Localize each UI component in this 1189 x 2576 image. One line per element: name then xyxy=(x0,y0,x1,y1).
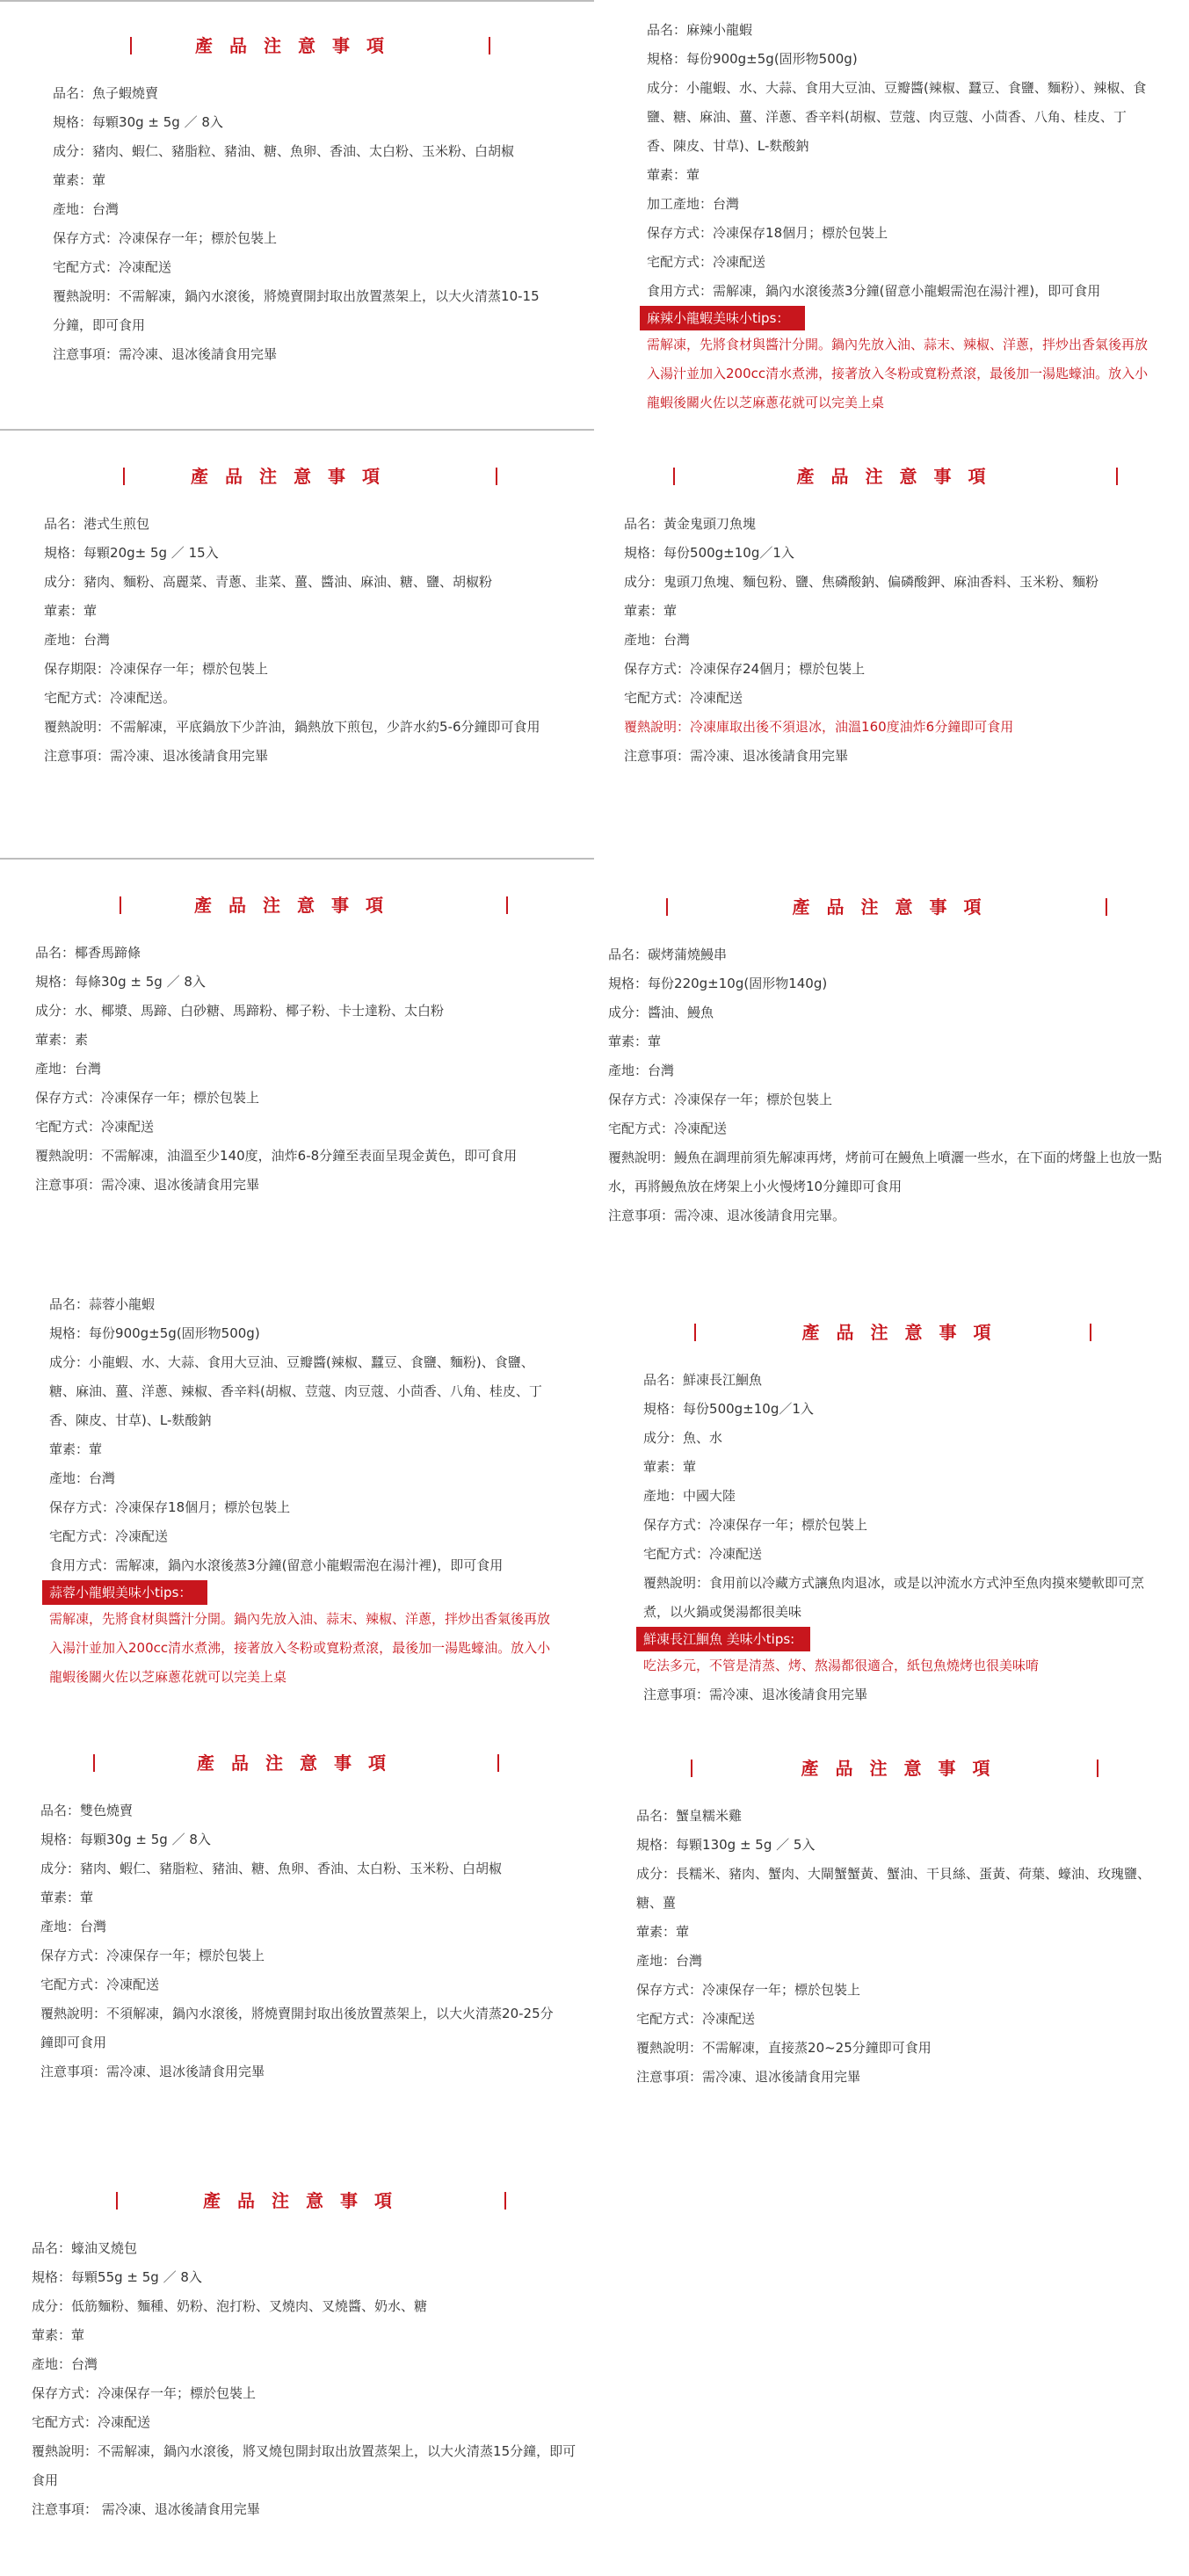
spec-value: 碳烤蒲燒鰻串 xyxy=(648,947,727,962)
spec-label: 覆熱說明 xyxy=(624,719,677,735)
spec-value: 台灣 xyxy=(663,632,690,648)
product-card-shumai-roe: 產品注意事項 品名：魚子蝦燒賣規格：每顆30g ± 5g ／ 8入成分：豬肉、蝦… xyxy=(0,0,594,422)
spec-value: 冷凍配送 xyxy=(115,1528,168,1544)
spec-value: 每份500g±10g／1入 xyxy=(683,1401,814,1417)
section-header: 產品注意事項 xyxy=(624,464,1175,490)
spec-value: 葷 xyxy=(89,1441,102,1457)
spec-row: 品名：碳烤蒲燒鰻串 xyxy=(608,940,1182,969)
spec-value: 需冷凍、退冰後請食用完畢 xyxy=(106,2064,265,2079)
spec-separator: ： xyxy=(93,1977,106,1992)
spec-separator: ： xyxy=(84,2443,98,2459)
spec-value: 鰻魚在調理前須先解凍再烤，烤前可在鰻魚上噴灑一些水，在下面的烤盤上也放一點水，再… xyxy=(608,1150,1162,1194)
spec-row: 規格：每份500g±10g／1入 xyxy=(624,539,1175,568)
spec-label: 注意事項 xyxy=(32,2501,84,2517)
header-title: 產品注意事項 xyxy=(53,33,543,58)
spec-row: 宅配方式：冷凍配送 xyxy=(40,1970,559,1999)
spec-separator: ： xyxy=(97,748,110,764)
spec-row: 覆熱說明：不需解凍，直接蒸20~25分鐘即可食用 xyxy=(636,2034,1171,2063)
spec-separator: ： xyxy=(97,661,110,677)
spec-label: 成分 xyxy=(53,143,79,159)
spec-row: 成分：鬼頭刀魚塊、麵包粉、鹽、焦磷酸鈉、偏磷酸鉀、麻油香料、玉米粉、麵粉 xyxy=(624,568,1175,597)
spec-row: 注意事項：需冷凍、退冰後請食用完畢 xyxy=(643,1680,1166,1709)
spec-label: 規格 xyxy=(624,545,650,561)
spec-row: 葷素：葷 xyxy=(647,161,1152,190)
spec-value: 台灣 xyxy=(83,632,110,648)
spec-row: 覆熱說明：不需解凍，油溫至少140度，油炸6-8分鐘至表面呈現金黃色，即可食用 xyxy=(35,1142,559,1171)
spec-separator: ： xyxy=(62,1032,75,1048)
spec-label: 產地 xyxy=(636,1953,663,1969)
spec-label: 注意事項 xyxy=(53,346,105,362)
spec-separator: ： xyxy=(88,1177,101,1193)
spec-separator: ： xyxy=(634,1034,648,1049)
spec-separator: ： xyxy=(689,2011,702,2027)
spec-separator: ： xyxy=(673,167,686,183)
spec-label: 品名 xyxy=(643,1372,670,1388)
spec-row: 宅配方式：冷凍配送 xyxy=(608,1114,1182,1143)
spec-value: 冷凍配送 xyxy=(709,1546,762,1562)
spec-row: 覆熱說明：不需解凍，平底鍋放下少許油，鍋熱放下煎包，少許水約5-6分鐘即可食用 xyxy=(44,713,543,742)
spec-separator: ： xyxy=(700,283,713,299)
spec-label: 覆熱說明 xyxy=(40,2006,93,2021)
spec-separator: ： xyxy=(67,1832,80,1847)
spec-row: 葷素：葷 xyxy=(643,1453,1166,1482)
spec-separator: ： xyxy=(70,574,83,590)
spec-value: 蒜蓉小龍蝦 xyxy=(89,1296,155,1312)
spec-separator: ： xyxy=(67,1890,80,1905)
spec-list: 品名：麻辣小龍蝦規格：每份900g±5g(固形物500g)成分：小龍蝦、水、大蒜… xyxy=(647,16,1152,417)
section-header: 產品注意事項 xyxy=(608,895,1182,921)
spec-label: 葷素 xyxy=(643,1459,670,1475)
spec-label: 成分 xyxy=(40,1861,67,1876)
spec-label: 保存方式 xyxy=(608,1092,661,1107)
spec-label: 產地 xyxy=(53,201,79,217)
spec-label: 覆熱說明 xyxy=(608,1150,661,1165)
section-header: 產品注意事項 xyxy=(643,1320,1166,1346)
spec-label: 規格 xyxy=(32,2269,58,2285)
spec-separator: ： xyxy=(634,947,648,962)
spec-separator: ： xyxy=(76,1441,89,1457)
spec-value: 冷凍保存18個月；標於包裝上 xyxy=(713,225,888,241)
spec-separator: ： xyxy=(67,1861,80,1876)
spec-row: 葷素：素 xyxy=(35,1026,559,1055)
spec-separator: ： xyxy=(102,1557,115,1573)
spec-separator: ： xyxy=(700,225,713,241)
spec-value: 鮮凍長江鮰魚 xyxy=(683,1372,762,1388)
spec-row: 成分：醬油、鰻魚 xyxy=(608,998,1182,1027)
spec-separator: ： xyxy=(663,1953,676,1969)
spec-label: 產地 xyxy=(49,1470,76,1486)
spec-separator: ： xyxy=(689,2040,702,2056)
spec-value: 需冷凍、退冰後請食用完畢 xyxy=(101,1177,259,1193)
spec-separator: ： xyxy=(677,719,690,735)
spec-label: 注意事項 xyxy=(636,2069,689,2085)
spec-value: 需冷凍、退冰後請食用完畢 xyxy=(119,346,277,362)
spec-value: 雙色燒賣 xyxy=(80,1803,133,1818)
spec-list: 品名：黃金鬼頭刀魚塊規格：每份500g±10g／1入成分：鬼頭刀魚塊、麵包粉、鹽… xyxy=(624,510,1175,771)
spec-value: 每條30g ± 5g ／ 8入 xyxy=(75,974,206,990)
spec-label: 宅配方式 xyxy=(608,1121,661,1136)
spec-separator: ： xyxy=(97,719,110,735)
spec-separator: ： xyxy=(650,545,663,561)
spec-separator: ： xyxy=(105,346,119,362)
spec-label: 品名 xyxy=(35,945,62,961)
section-header: 產品注意事項 xyxy=(35,893,559,919)
spec-label: 成分 xyxy=(643,1430,670,1446)
spec-row: 覆熱說明：食用前以冷藏方式讓魚肉退冰，或是以沖流水方式沖至魚肉摸來變軟即可烹煮，… xyxy=(643,1569,1166,1627)
spec-row: 品名：蟹皇糯米雞 xyxy=(636,1802,1171,1831)
spec-label: 覆熱說明 xyxy=(636,2040,689,2056)
spec-value: 不需解凍，鍋內水滾後，將叉燒包開封取出放置蒸架上，以大火清蒸15分鐘，即可食用 xyxy=(32,2443,576,2488)
spec-row: 品名：魚子蝦燒賣 xyxy=(53,79,543,108)
spec-value: 長糯米、豬肉、蟹肉、大閘蟹蟹黃、蟹油、干貝絲、蛋黃、荷葉、蠔油、玫瑰鹽、糖、薑 xyxy=(636,1866,1150,1911)
spec-separator: ： xyxy=(689,2069,702,2085)
spec-separator: ： xyxy=(670,1430,683,1446)
spec-row: 保存方式：冷凍保存18個月；標於包裝上 xyxy=(49,1493,557,1522)
spec-separator: ： xyxy=(97,690,110,706)
spec-row: 注意事項：需冷凍、退冰後請食用完畢 xyxy=(44,742,543,771)
spec-row: 產地：台灣 xyxy=(636,1947,1171,1976)
spec-separator: ： xyxy=(79,85,92,101)
spec-value: 冷凍配送。 xyxy=(110,690,176,706)
spec-value: 每份900g±5g(固形物500g) xyxy=(89,1325,260,1341)
spec-row: 規格：每份900g±5g(固形物500g) xyxy=(647,45,1152,74)
spec-value: 每份500g±10g／1入 xyxy=(663,545,794,561)
spec-row: 注意事項： 需冷凍、退冰後請食用完畢 xyxy=(32,2495,580,2524)
spec-label: 品名 xyxy=(647,22,673,38)
spec-label: 產地 xyxy=(40,1919,67,1934)
spec-separator: ： xyxy=(634,1005,648,1020)
spec-label: 注意事項 xyxy=(643,1687,696,1702)
spec-label: 保存方式 xyxy=(49,1499,102,1515)
spec-separator: ： xyxy=(79,114,92,130)
spec-label: 產地 xyxy=(44,632,70,648)
spec-label: 品名 xyxy=(40,1803,67,1818)
spec-row: 規格：每顆30g ± 5g ／ 8入 xyxy=(40,1825,559,1854)
tips-body: 吃法多元，不管是清蒸、烤、熬湯都很適合，紙包魚燒烤也很美味唷 xyxy=(643,1651,1166,1680)
header-bar-right xyxy=(496,468,497,485)
spec-separator: ： xyxy=(62,1061,75,1077)
product-card-coconut-water-chestnut: 產品注意事項 品名：椰香馬蹄條規格：每條30g ± 5g ／ 8入成分：水、椰漿… xyxy=(0,858,594,1246)
spec-separator: ： xyxy=(58,2327,71,2343)
spec-value: 豬肉、麵粉、高麗菜、青蔥、韭菜、薑、醬油、麻油、糖、鹽、胡椒粉 xyxy=(83,574,492,590)
spec-label: 規格 xyxy=(53,114,79,130)
spec-value: 冷凍配送 xyxy=(101,1119,154,1135)
spec-separator: ： xyxy=(634,976,648,991)
spec-label: 保存方式 xyxy=(40,1948,93,1963)
spec-value: 台灣 xyxy=(89,1470,115,1486)
spec-value: 不需解凍，鍋內水滾後，將燒賣開封取出放置蒸架上，以大火清蒸10-15分鐘，即可食… xyxy=(53,288,540,333)
header-bar-right xyxy=(504,2192,506,2210)
header-title: 產品注意事項 xyxy=(624,464,1175,489)
spec-label: 規格 xyxy=(643,1401,670,1417)
spec-label: 宅配方式 xyxy=(624,690,677,706)
spec-separator: ： xyxy=(88,1148,101,1164)
spec-value: 需冷凍、退冰後請食用完畢。 xyxy=(674,1208,845,1223)
spec-label: 規格 xyxy=(636,1837,663,1853)
spec-value: 冷凍保存一年；標於包裝上 xyxy=(674,1092,832,1107)
spec-row: 宅配方式：冷凍配送 xyxy=(636,2005,1171,2034)
spec-separator: ： xyxy=(700,254,713,270)
spec-separator: ： xyxy=(79,201,92,217)
tips-banner: 鮮凍長江鮰魚 美味小tips: xyxy=(636,1627,810,1651)
spec-label: 保存方式 xyxy=(624,661,677,677)
spec-separator: ： xyxy=(93,2006,106,2021)
spec-row: 覆熱說明：不需解凍，鍋內水滾後，將叉燒包開封取出放置蒸架上，以大火清蒸15分鐘，… xyxy=(32,2437,580,2495)
product-card-grilled-eel: 產品注意事項 品名：碳烤蒲燒鰻串規格：每份220g±10g(固形物140g)成分… xyxy=(594,870,1189,1257)
spec-separator: ： xyxy=(696,1546,709,1562)
spec-label: 保存方式 xyxy=(636,1982,689,1998)
spec-row: 食用方式：需解凍，鍋內水滾後蒸3分鐘(留意小龍蝦需泡在湯汁裡)，即可食用 xyxy=(49,1551,557,1580)
spec-label: 覆熱說明 xyxy=(44,719,97,735)
tips-banner: 蒜蓉小龍蝦美味小tips： xyxy=(42,1580,207,1605)
spec-separator: ： xyxy=(70,545,83,561)
spec-separator: ： xyxy=(663,1866,676,1882)
header-title: 產品注意事項 xyxy=(636,1756,1171,1781)
spec-row: 注意事項：需冷凍、退冰後請食用完畢 xyxy=(636,2063,1171,2092)
spec-separator: ： xyxy=(88,1119,101,1135)
spec-row: 成分：低筋麵粉、麵種、奶粉、泡打粉、叉燒肉、叉燒醬、奶水、糖 xyxy=(32,2292,580,2321)
spec-label: 品名 xyxy=(608,947,634,962)
spec-label: 宅配方式 xyxy=(647,254,700,270)
spec-row: 保存方式：冷凍保存一年；標於包裝上 xyxy=(40,1941,559,1970)
spec-value: 葷 xyxy=(83,603,97,619)
spec-label: 葷素 xyxy=(32,2327,58,2343)
spec-row: 產地：台灣 xyxy=(53,195,543,224)
spec-row: 規格：每顆130g ± 5g ／ 5入 xyxy=(636,1831,1171,1860)
spec-value: 冷凍保存一年；標於包裝上 xyxy=(110,661,268,677)
spec-separator: ： xyxy=(93,2064,106,2079)
spec-value: 鬼頭刀魚塊、麵包粉、鹽、焦磷酸鈉、偏磷酸鉀、麻油香料、玉米粉、麵粉 xyxy=(663,574,1098,590)
spec-separator: ： xyxy=(88,1090,101,1106)
spec-separator: ： xyxy=(58,2269,71,2285)
spec-row: 注意事項：需冷凍、退冰後請食用完畢 xyxy=(624,742,1175,771)
spec-separator: ： xyxy=(102,1499,115,1515)
spec-row: 規格：每顆20g± 5g ／ 15入 xyxy=(44,539,543,568)
spec-value: 水、椰漿、馬蹄、白砂糖、馬蹄粉、椰子粉、卡士達粉、太白粉 xyxy=(75,1003,444,1019)
spec-value: 需冷凍、退冰後請食用完畢 xyxy=(690,748,848,764)
tips-banner: 麻辣小龍蝦美味小tips： xyxy=(640,306,805,330)
spec-label: 規格 xyxy=(608,976,634,991)
spec-label: 保存方式 xyxy=(647,225,700,241)
spec-separator: ： xyxy=(58,2356,71,2372)
spec-value: 每份900g±5g(固形物500g) xyxy=(686,51,858,67)
spec-label: 宅配方式 xyxy=(643,1546,696,1562)
spec-separator: ： xyxy=(76,1354,89,1370)
spec-row: 食用方式：需解凍，鍋內水滾後蒸3分鐘(留意小龍蝦需泡在湯汁裡)，即可食用 xyxy=(647,277,1152,306)
spec-separator: ： xyxy=(663,1924,676,1940)
header-bar-right xyxy=(1097,1760,1098,1777)
spec-separator: ： xyxy=(661,1121,674,1136)
spec-label: 成分 xyxy=(49,1354,76,1370)
spec-value: 不需解凍，油溫至少140度，油炸6-8分鐘至表面呈現金黃色，即可食用 xyxy=(101,1148,517,1164)
spec-row: 規格：每顆30g ± 5g ／ 8入 xyxy=(53,108,543,137)
spec-separator: ： xyxy=(689,1982,702,1998)
spec-value: 豬肉、蝦仁、豬脂粒、豬油、糖、魚卵、香油、太白粉、玉米粉、白胡椒 xyxy=(80,1861,502,1876)
spec-value: 冷凍庫取出後不須退冰，油溫160度油炸6分鐘即可食用 xyxy=(690,719,1013,735)
spec-row: 規格：每份900g±5g(固形物500g) xyxy=(49,1319,557,1348)
spec-separator: ： xyxy=(58,2298,71,2314)
spec-value: 每顆30g ± 5g ／ 8入 xyxy=(80,1832,211,1847)
spec-row: 成分：豬肉、蝦仁、豬脂粒、豬油、糖、魚卵、香油、太白粉、玉米粉、白胡椒 xyxy=(53,137,543,166)
section-header: 產品注意事項 xyxy=(40,1751,559,1777)
spec-row: 產地：台灣 xyxy=(32,2350,580,2379)
spec-separator: ： xyxy=(673,22,686,38)
spec-value: 冷凍配送 xyxy=(106,1977,159,1992)
spec-value: 葷 xyxy=(71,2327,84,2343)
spec-row: 注意事項：需冷凍、退冰後請食用完畢 xyxy=(40,2057,559,2086)
spec-value: 蟹皇糯米雞 xyxy=(676,1808,742,1824)
spec-separator: ： xyxy=(677,661,690,677)
spec-label: 保存方式 xyxy=(35,1090,88,1106)
header-bar-right xyxy=(1116,468,1118,485)
spec-value: 黃金鬼頭刀魚塊 xyxy=(663,516,756,532)
spec-row: 注意事項：需冷凍、退冰後請食用完畢。 xyxy=(608,1201,1182,1230)
spec-row: 葷素：葷 xyxy=(636,1918,1171,1947)
spec-value: 每顆55g ± 5g ／ 8入 xyxy=(71,2269,202,2285)
spec-separator: ： xyxy=(670,1459,683,1475)
spec-label: 產地 xyxy=(624,632,650,648)
spec-label: 規格 xyxy=(40,1832,67,1847)
spec-value: 冷凍保存一年；標於包裝上 xyxy=(98,2385,256,2401)
header-title: 產品注意事項 xyxy=(35,893,559,918)
spec-row: 產地：台灣 xyxy=(608,1056,1182,1085)
spec-value: 魚、水 xyxy=(683,1430,722,1446)
section-header: 產品注意事項 xyxy=(32,2188,580,2215)
spec-separator: ： xyxy=(661,1092,674,1107)
spec-list: 品名：雙色燒賣規格：每顆30g ± 5g ／ 8入成分：豬肉、蝦仁、豬脂粒、豬油… xyxy=(40,1796,559,2086)
spec-row: 宅配方式：冷凍配送 xyxy=(647,248,1152,277)
spec-separator: ： xyxy=(79,172,92,188)
spec-row: 宅配方式：冷凍配送 xyxy=(49,1522,557,1551)
spec-value: 冷凍配送 xyxy=(702,2011,755,2027)
spec-separator: ： xyxy=(634,1063,648,1078)
spec-row: 規格：每份500g±10g／1入 xyxy=(643,1395,1166,1424)
spec-row: 產地：台灣 xyxy=(624,626,1175,655)
spec-separator: ： xyxy=(670,1401,683,1417)
spec-label: 注意事項 xyxy=(624,748,677,764)
spec-row: 保存方式：冷凍保存一年；標於包裝上 xyxy=(32,2379,580,2408)
tips-body: 需解凍，先將食材與醬汁分開。鍋內先放入油、蒜末、辣椒、洋蔥，拌炒出香氣後再放入湯… xyxy=(49,1605,557,1692)
spec-row: 產地：台灣 xyxy=(44,626,543,655)
spec-value: 蠔油叉燒包 xyxy=(71,2240,137,2256)
spec-value: 需冷凍、退冰後請食用完畢 xyxy=(709,1687,867,1702)
spec-row: 注意事項：需冷凍、退冰後請食用完畢 xyxy=(53,340,543,369)
spec-row: 宅配方式：冷凍配送 xyxy=(643,1540,1166,1569)
header-title: 產品注意事項 xyxy=(44,464,543,489)
spec-label: 葷素 xyxy=(53,172,79,188)
spec-label: 葷素 xyxy=(624,603,650,619)
spec-separator: ： xyxy=(105,259,119,275)
product-card-two-color-shumai: 產品注意事項 品名：雙色燒賣規格：每顆30g ± 5g ／ 8入成分：豬肉、蝦仁… xyxy=(0,1731,594,2118)
tips-body: 需解凍，先將食材與醬汁分開。鍋內先放入油、蒜末、辣椒、洋蔥，拌炒出香氣後再放入湯… xyxy=(647,330,1152,417)
spec-separator: ： xyxy=(650,516,663,532)
spec-label: 宅配方式 xyxy=(53,259,105,275)
spec-separator: ： xyxy=(84,2385,98,2401)
spec-separator: ： xyxy=(105,230,119,246)
spec-value: 冷凍配送 xyxy=(98,2414,150,2430)
spec-label: 葷素 xyxy=(49,1441,76,1457)
spec-separator: ： xyxy=(673,80,686,96)
spec-value: 台灣 xyxy=(80,1919,106,1934)
spec-separator: ： xyxy=(661,1150,674,1165)
spec-label: 覆熱說明 xyxy=(32,2443,84,2459)
spec-separator: ： xyxy=(84,2501,98,2517)
spec-label: 規格 xyxy=(647,51,673,67)
spec-label: 產地 xyxy=(35,1061,62,1077)
spec-separator: ： xyxy=(62,974,75,990)
spec-label: 規格 xyxy=(44,545,70,561)
spec-row: 品名：麻辣小龍蝦 xyxy=(647,16,1152,45)
spec-value: 台灣 xyxy=(713,196,739,212)
spec-value: 需解凍，鍋內水滾後蒸3分鐘(留意小龍蝦需泡在湯汁裡)，即可食用 xyxy=(713,283,1100,299)
spec-separator: ： xyxy=(105,288,119,304)
spec-separator: ： xyxy=(670,1488,683,1504)
spec-separator: ： xyxy=(661,1208,674,1223)
spec-value: 葷 xyxy=(686,167,700,183)
spec-separator: ： xyxy=(102,1528,115,1544)
spec-value: 葷 xyxy=(676,1924,689,1940)
spec-list: 品名：蒜蓉小龍蝦規格：每份900g±5g(固形物500g)成分：小龍蝦、水、大蒜… xyxy=(49,1290,557,1692)
spec-label: 品名 xyxy=(49,1296,76,1312)
spec-label: 宅配方式 xyxy=(40,1977,93,1992)
spec-value: 冷凍保存一年；標於包裝上 xyxy=(702,1982,860,1998)
spec-value: 需冷凍、退冰後請食用完畢 xyxy=(110,748,268,764)
spec-value: 葷 xyxy=(92,172,105,188)
header-bar-right xyxy=(1106,898,1107,916)
spec-row: 保存方式：冷凍保存18個月；標於包裝上 xyxy=(647,219,1152,248)
spec-row: 成分：長糯米、豬肉、蟹肉、大閘蟹蟹黃、蟹油、干貝絲、蛋黃、荷葉、蠔油、玫瑰鹽、糖… xyxy=(636,1860,1171,1918)
spec-label: 成分 xyxy=(608,1005,634,1020)
spec-separator: ： xyxy=(650,603,663,619)
spec-row: 覆熱說明：鰻魚在調理前須先解凍再烤，烤前可在鰻魚上噴灑一些水，在下面的烤盤上也放… xyxy=(608,1143,1182,1201)
spec-label: 食用方式 xyxy=(647,283,700,299)
spec-label: 覆熱說明 xyxy=(35,1148,88,1164)
spec-value: 台灣 xyxy=(648,1063,674,1078)
spec-value: 需冷凍、退冰後請食用完畢 xyxy=(702,2069,860,2085)
spec-separator: ： xyxy=(67,1919,80,1934)
spec-value: 小龍蝦、水、大蒜、食用大豆油、豆瓣醬(辣椒、蠶豆、食鹽、麵粉）、辣椒、食鹽、糖、… xyxy=(647,80,1146,154)
spec-value: 需解凍，鍋內水滾後蒸3分鐘(留意小龍蝦需泡在湯汁裡)，即可食用 xyxy=(115,1557,503,1573)
spec-row: 品名：黃金鬼頭刀魚塊 xyxy=(624,510,1175,539)
spec-value: 台灣 xyxy=(676,1953,702,1969)
spec-separator: ： xyxy=(70,632,83,648)
spec-row: 注意事項：需冷凍、退冰後請食用完畢 xyxy=(35,1171,559,1200)
spec-separator: ： xyxy=(650,574,663,590)
spec-separator: ： xyxy=(650,632,663,648)
spec-row: 成分：小龍蝦、水、大蒜、食用大豆油、豆瓣醬(辣椒、蠶豆、食鹽、麵粉)、食鹽、糖、… xyxy=(49,1348,557,1435)
spec-row: 葷素：葷 xyxy=(49,1435,557,1464)
spec-row: 保存方式：冷凍保存一年；標於包裝上 xyxy=(35,1084,559,1113)
spec-value: 葷 xyxy=(683,1459,696,1475)
spec-row: 成分：魚、水 xyxy=(643,1424,1166,1453)
spec-row: 成分：小龍蝦、水、大蒜、食用大豆油、豆瓣醬(辣椒、蠶豆、食鹽、麵粉）、辣椒、食鹽… xyxy=(647,74,1152,161)
spec-label: 成分 xyxy=(636,1866,663,1882)
spec-list: 品名：蠔油叉燒包規格：每顆55g ± 5g ／ 8入成分：低筋麵粉、麵種、奶粉、… xyxy=(32,2234,580,2524)
spec-label: 品名 xyxy=(44,516,70,532)
spec-value: 每顆30g ± 5g ／ 8入 xyxy=(92,114,223,130)
spec-row: 產地：台灣 xyxy=(49,1464,557,1493)
spec-label: 成分 xyxy=(647,80,673,96)
spec-label: 品名 xyxy=(32,2240,58,2256)
spec-label: 品名 xyxy=(53,85,79,101)
header-bar-right xyxy=(497,1754,499,1772)
spec-separator: ： xyxy=(696,1687,709,1702)
spec-list: 品名：椰香馬蹄條規格：每條30g ± 5g ／ 8入成分：水、椰漿、馬蹄、白砂糖… xyxy=(35,939,559,1200)
spec-label: 加工產地 xyxy=(647,196,700,212)
spec-separator: ： xyxy=(62,945,75,961)
spec-row: 宅配方式：冷凍配送。 xyxy=(44,684,543,713)
header-bar-right xyxy=(489,37,490,54)
